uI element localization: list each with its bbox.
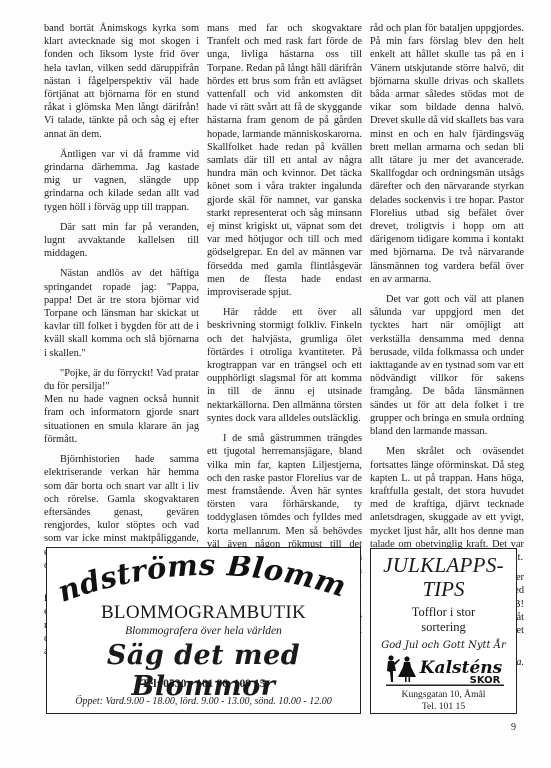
dancing-couple-logo-icon: Kalsténs SKOR: [383, 653, 507, 687]
paragraph: råd och plan för bataljen uppgjordes. På…: [370, 22, 524, 286]
ad-lindstroms-blommor: Lindströms Blommor BLOMMOGRAMBUTIK Blomm…: [46, 547, 361, 714]
ad-item-line2: sortering: [371, 620, 516, 635]
paragraph: "Pojke, är du förryckt! Vad pratar du fö…: [44, 367, 199, 393]
paragraph: Här rådde ett över all beskrivning storm…: [207, 306, 362, 425]
ad-title-line1: JULKLAPPS-: [371, 553, 516, 578]
paragraph: band bortät Ånimskogs kyrka som klart av…: [44, 22, 199, 141]
ad-phone: Tel. 101 15: [371, 701, 516, 712]
ad-greeting: God Jul och Gott Nytt År: [371, 640, 516, 651]
svg-text:SKOR: SKOR: [470, 675, 501, 686]
paragraph: mans med far och skogvaktare Tranfelt oc…: [207, 22, 362, 299]
ad-phone: Tel: 0530 - 101 86, 109 15: [47, 677, 360, 690]
ad-title-line2: TIPS: [371, 577, 516, 602]
shoe-store-logo: Kalsténs SKOR: [383, 653, 507, 687]
paragraph: Men nu hade vagnen också hunnit fram och…: [44, 393, 199, 446]
brand-script-icon: Lindströms Blommor: [53, 556, 353, 606]
ad-subtitle: Blommografera över hela världen: [47, 625, 360, 637]
paragraph: Äntligen var vi då framme vid grindarna …: [44, 148, 199, 214]
ad-opening-hours: Öppet: Vard.9.00 - 18.00, lörd. 9.00 - 1…: [47, 696, 360, 707]
paragraph: Nästan andlös av det häftiga springandet…: [44, 267, 199, 359]
svg-text:Lindströms Blommor: Lindströms Blommor: [53, 556, 350, 606]
paragraph: Där satt min far på veranden, lugnt avva…: [44, 221, 199, 261]
shop-type: BLOMMOGRAMBUTIK: [47, 602, 360, 624]
ad-item-line1: Tofflor i stor: [371, 605, 516, 620]
paragraph: Det var gott och väl att planen sålunda …: [370, 293, 524, 438]
ad-address: Kungsgatan 10, Åmål: [371, 689, 516, 700]
ad-slogan: Säg det med Blommor: [47, 640, 360, 702]
brand-logo-script: Lindströms Blommor: [53, 556, 353, 606]
paragraph: Men skrålet och oväsendet fortsattes län…: [370, 445, 524, 564]
magazine-page: band bortät Ånimskogs kyrka som klart av…: [0, 0, 551, 768]
page-number: 9: [511, 722, 516, 733]
ad-julklapps-tips: JULKLAPPS- TIPS Tofflor i stor sortering…: [370, 548, 517, 714]
